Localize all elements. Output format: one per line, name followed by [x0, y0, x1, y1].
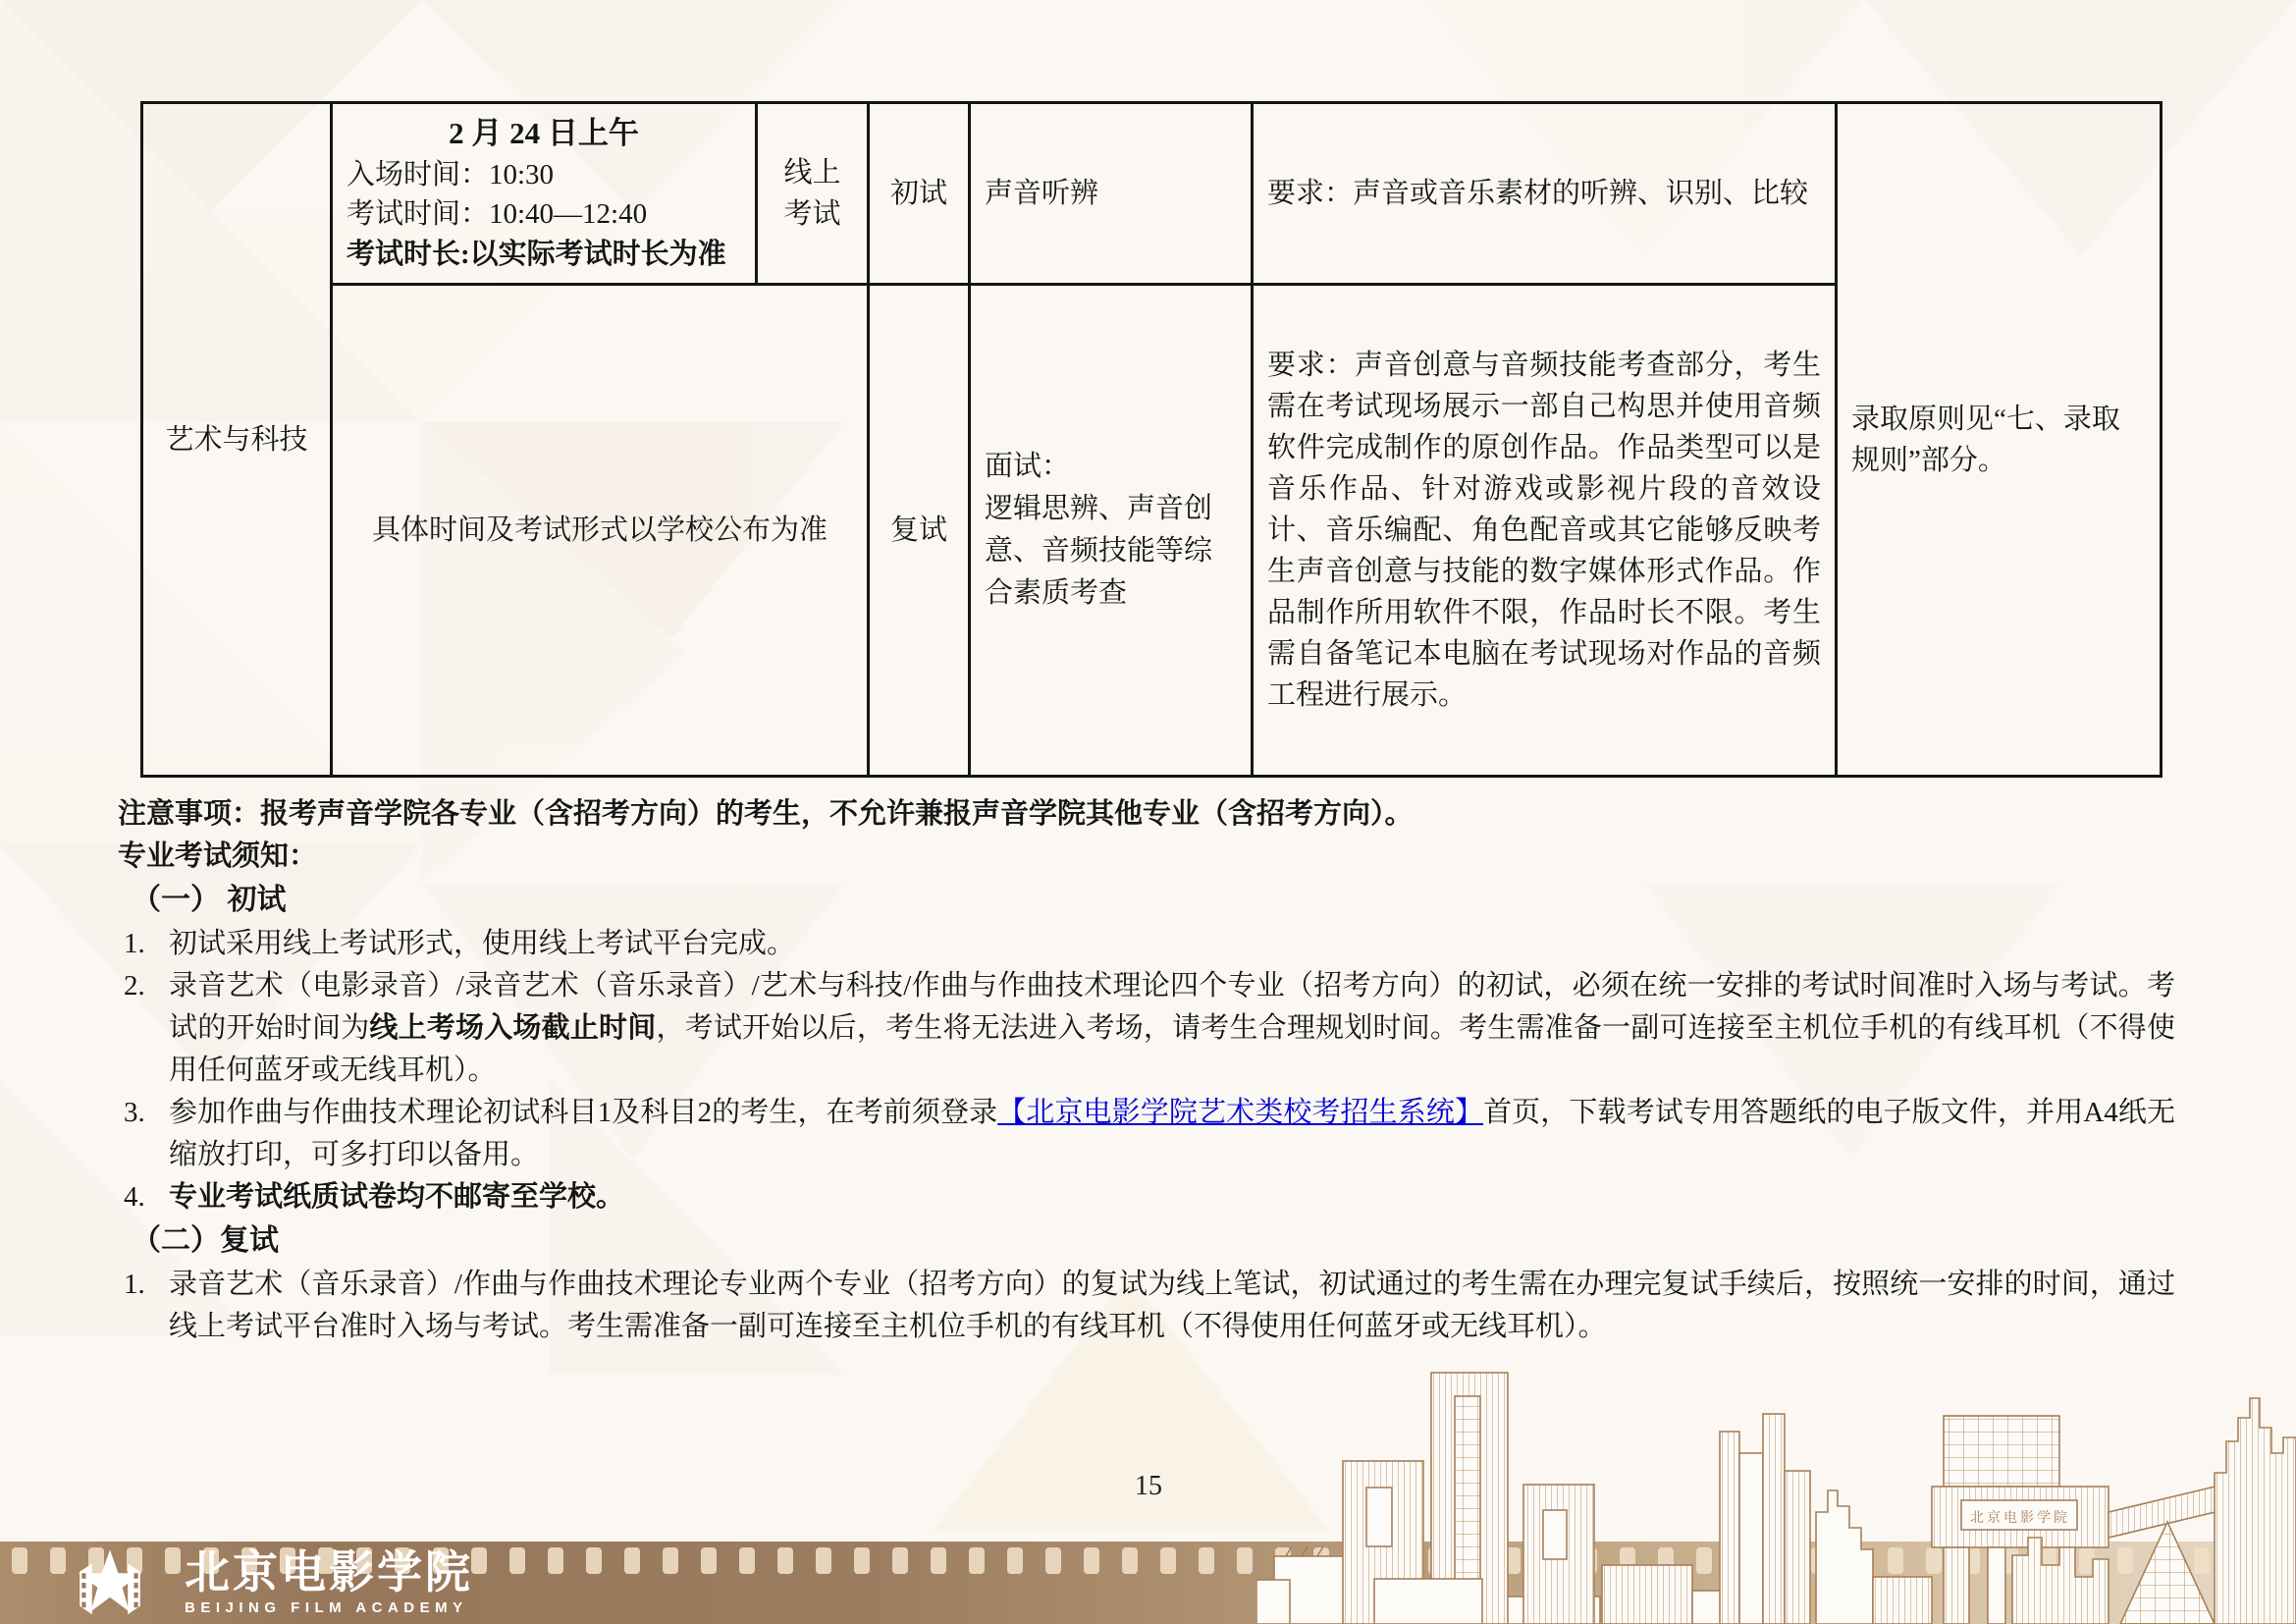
item-text-bold-segment: 线上考场入场截止时间: [369, 1012, 656, 1044]
exam-schedule-table: 艺术与科技 2 月 24 日上午 入场时间：10:30 考试时间：10:40—1…: [140, 101, 2163, 778]
subject-label: 声音听辨: [985, 178, 1098, 209]
exam-time: 考试时间：10:40—12:40: [347, 194, 741, 234]
logo-text-block: 北京电影学院 BEIJING FILM ACADEMY: [185, 1549, 473, 1617]
schedule-text: 具体时间及考试形式以学校公布为准: [372, 514, 828, 546]
cell-stage-second: 复试: [869, 285, 970, 777]
list-item-4: 4. 专业考试纸质试卷均不邮寄至学校。: [118, 1176, 2175, 1218]
item-text: 初试采用线上考试形式，使用线上考试平台完成。: [169, 923, 2175, 965]
logo-name-en: BEIJING FILM ACADEMY: [185, 1599, 473, 1617]
list-item-2: 2. 录音艺术（电影录音）/录音艺术（音乐录音）/艺术与科技/作曲与作曲技术理论…: [118, 965, 2175, 1092]
item-text: 录音艺术（电影录音）/录音艺术（音乐录音）/艺术与科技/作曲与作曲技术理论四个专…: [169, 965, 2175, 1092]
item-text: 专业考试纸质试卷均不邮寄至学校。: [169, 1176, 2175, 1218]
notes-section: 注意事项：报考声音学院各专业（含招考方向）的考生，不允许兼报声音学院其他专业（含…: [118, 793, 2175, 1348]
cell-subject-first: 声音听辨: [970, 103, 1253, 285]
page-number: 15: [1119, 1471, 1178, 1502]
exam-mode-line1: 线上: [772, 152, 853, 193]
list-item-3: 3. 参加作曲与作曲技术理论初试科目1及科目2的考生，在考前须登录【北京电影学院…: [118, 1092, 2175, 1176]
school-logo: 北京电影学院 BEIJING FILM ACADEMY: [51, 1548, 473, 1617]
cell-exam-mode: 线上 考试: [757, 103, 869, 285]
cell-requirement-first: 要求：声音或音乐素材的听辨、识别、比较: [1253, 103, 1837, 285]
item-number: 1.: [118, 1264, 169, 1348]
admission-system-link[interactable]: 【北京电影学院艺术类校考招生系统】: [997, 1097, 1483, 1128]
item-number: 1.: [118, 923, 169, 965]
cell-major: 艺术与科技: [142, 103, 332, 777]
cell-admission-rule: 录取原则见“七、录取规则”部分。: [1837, 103, 2162, 777]
exam-date-title: 2 月 24 日上午: [347, 112, 741, 155]
item-number: 2.: [118, 965, 169, 1092]
subject-body: 逻辑思辨、声音创意、音频技能等综合素质考查: [985, 488, 1237, 615]
exam-duration: 考试时长:以实际考试时长为准: [347, 234, 741, 275]
item-text-segment: 参加作曲与作曲技术理论初试科目1及科目2的考生，在考前须登录: [169, 1097, 997, 1128]
requirement-text: 要求：声音创意与音频技能考查部分，考生需在考试现场展示一部自己构思并使用音频软件…: [1267, 350, 1821, 711]
section-title-second-test: （二）复试: [132, 1218, 2175, 1264]
admission-rule-text: 录取原则见“七、录取规则”部分。: [1851, 404, 2120, 476]
list-item-retest-1: 1. 录音艺术（音乐录音）/作曲与作曲技术理论专业两个专业（招考方向）的复试为线…: [118, 1264, 2175, 1348]
cell-schedule-second: 具体时间及考试形式以学校公布为准: [332, 285, 869, 777]
notice-line: 注意事项：报考声音学院各专业（含招考方向）的考生，不允许兼报声音学院其他专业（含…: [118, 793, 2175, 836]
table-row-first-test: 艺术与科技 2 月 24 日上午 入场时间：10:30 考试时间：10:40—1…: [142, 103, 2162, 285]
cell-subject-second: 面试： 逻辑思辨、声音创意、音频技能等综合素质考查: [970, 285, 1253, 777]
cell-stage-first: 初试: [869, 103, 970, 285]
svg-text:北京电影学院: 北京电影学院: [1970, 1509, 2070, 1526]
section-title-first-test: （一） 初试: [132, 878, 2175, 923]
entry-time: 入场时间：10:30: [347, 155, 741, 194]
skyline-illustration: 北京电影学院: [1256, 1355, 2296, 1624]
requirement-text: 要求：声音或音乐素材的听辨、识别、比较: [1267, 178, 1808, 209]
exam-mode-line2: 考试: [772, 193, 853, 235]
cell-requirement-second: 要求：声音创意与音频技能考查部分，考生需在考试现场展示一部自己构思并使用音频软件…: [1253, 285, 1837, 777]
item-text: 参加作曲与作曲技术理论初试科目1及科目2的考生，在考前须登录【北京电影学院艺术类…: [169, 1092, 2175, 1176]
guide-title: 专业考试须知：: [118, 836, 2175, 878]
stage-label: 初试: [890, 178, 947, 209]
list-item-1: 1. 初试采用线上考试形式，使用线上考试平台完成。: [118, 923, 2175, 965]
major-label: 艺术与科技: [165, 424, 307, 456]
document-page: { "table": { "major": "艺术与科技", "row1": {…: [0, 0, 2296, 1624]
subject-title: 面试：: [985, 446, 1237, 488]
item-number: 4.: [118, 1176, 169, 1218]
stage-label: 复试: [890, 514, 947, 546]
cell-exam-date: 2 月 24 日上午 入场时间：10:30 考试时间：10:40—12:40 考…: [332, 103, 757, 285]
item-text: 录音艺术（音乐录音）/作曲与作曲技术理论专业两个专业（招考方向）的复试为线上笔试…: [169, 1264, 2175, 1348]
logo-name-cn: 北京电影学院: [185, 1549, 473, 1597]
film-star-logo-icon: [51, 1548, 169, 1617]
item-number: 3.: [118, 1092, 169, 1176]
